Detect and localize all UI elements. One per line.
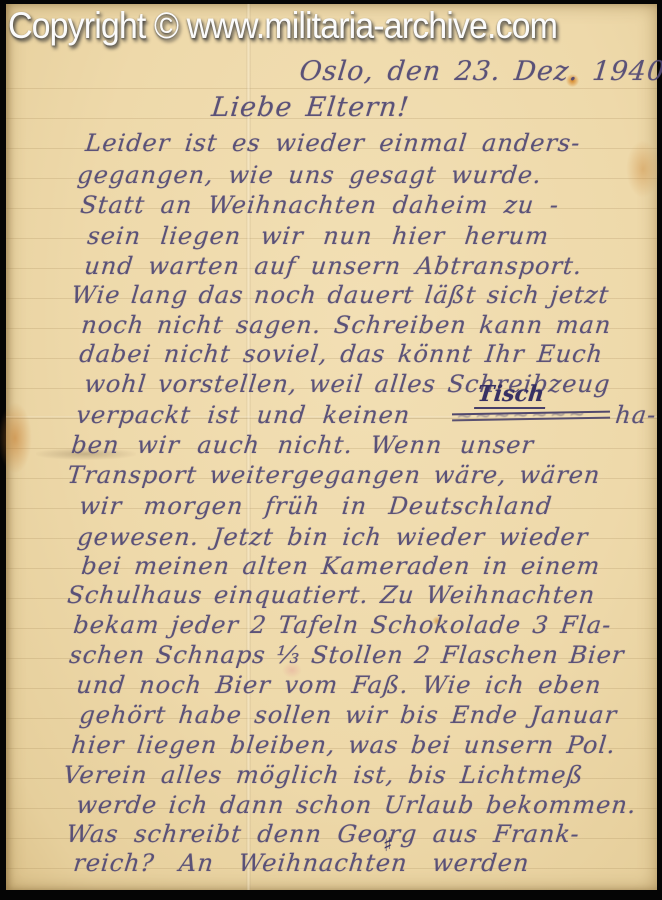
letter-line: noch nicht sagen. Schreiben kann man: [80, 311, 613, 339]
letter-line: ben wir auch nicht. Wenn unser: [70, 431, 536, 459]
letter-line: Transport weitergegangen wäre, wären: [66, 461, 602, 489]
scan-frame: Oslo, den 23. Dez. 1940. Liebe Eltern! L…: [0, 0, 662, 900]
letter-line: werde ich dann schon Urlaub bekommen.: [75, 791, 638, 819]
letter-line: und warten auf unsern Abtransport.: [83, 252, 584, 280]
inserted-correction-word: Tisch: [474, 381, 547, 409]
letter-line: schen Schnaps ⅓ Stollen 2 Flaschen Bier: [68, 641, 626, 669]
letter-line: hier liegen bleiben, was bei unsern Pol.: [70, 731, 617, 759]
salutation: Liebe Eltern!: [210, 92, 411, 123]
letter-line: gegangen, wie uns gesagt wurde.: [76, 161, 543, 189]
letter-line: bekam jeder 2 Tafeln Schokolade 3 Fla-: [72, 611, 613, 639]
letter-line: wir morgen früh in Deutschland: [78, 492, 554, 520]
stain-right-edge: [626, 140, 660, 198]
letter-line: gewesen. Jetzt bin ich wieder wieder: [76, 523, 590, 551]
letter-line: Wie lang das noch dauert läßt sich jetzt: [70, 281, 611, 309]
dateline: Oslo, den 23. Dez. 1940.: [298, 56, 662, 87]
letter-line: ha-: [614, 401, 658, 429]
letter-line: reich? An Weihnachten werden: [72, 849, 531, 877]
letter-line: sein liegen wir nun hier herum: [86, 222, 551, 250]
letter-line: und noch Bier vom Faß. Wie ich eben: [75, 671, 603, 699]
letter-line: Leider ist es wieder einmal anders-: [84, 129, 582, 157]
letter-line: Was schreibt denn Georg aus Frank-: [65, 820, 581, 848]
copyright-watermark: Copyright © www.militaria-archive.com: [8, 5, 557, 47]
letter-line: dabei nicht soviel, das könnt Ihr Euch: [78, 340, 605, 368]
letter-line: bei meinen alten Kameraden in einem: [80, 552, 602, 580]
stain-left-edge: [0, 402, 32, 474]
insertion-mark: ♯: [383, 834, 392, 856]
letter-line: Verein alles möglich ist, bis Lichtmeß: [62, 761, 585, 789]
letter-line: Statt an Weihnachten daheim zu -: [79, 191, 561, 219]
letter-line: gehört habe sollen wir bis Ende Januar: [78, 701, 619, 729]
letter-line: Schulhaus einquatiert. Zu Weihnachten: [66, 581, 597, 609]
letter-line: verpackt ist und keinen: [75, 401, 412, 429]
